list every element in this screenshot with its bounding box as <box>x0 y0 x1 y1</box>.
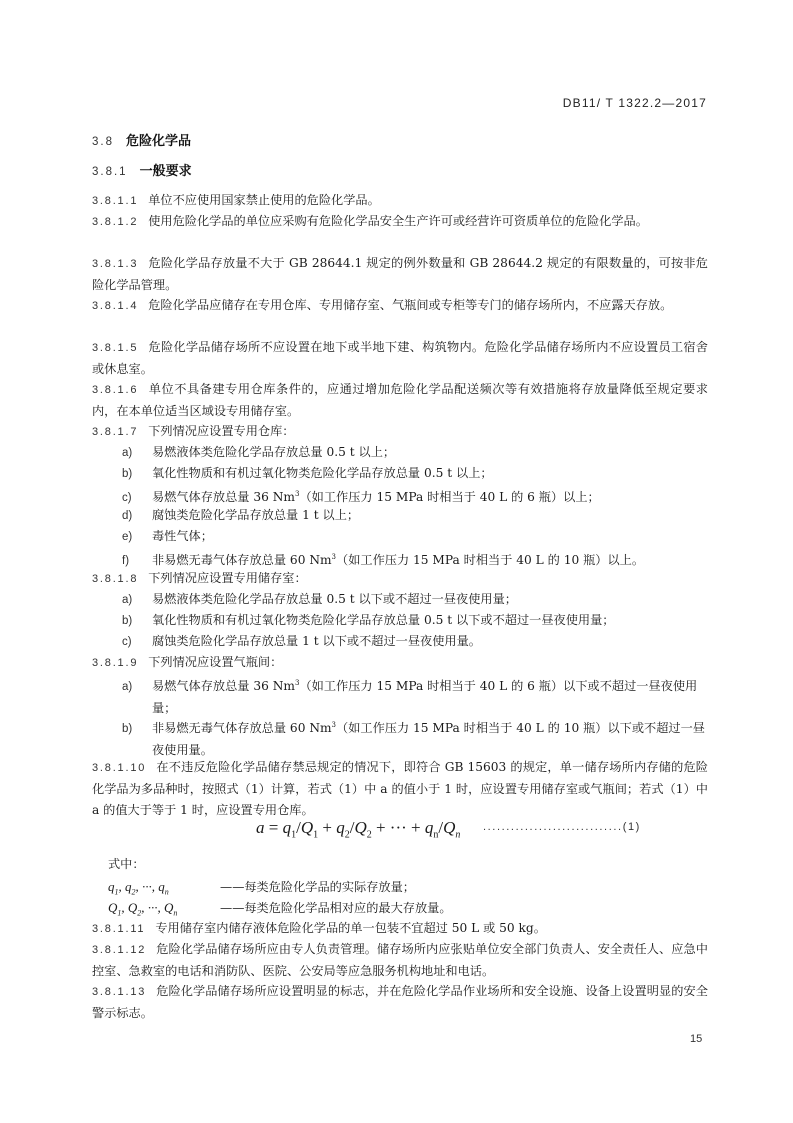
formula-1: a = q1/Q1 + q2/Q2 + ··· + qn/Qn ........… <box>256 818 708 840</box>
item-label: c) <box>122 632 152 653</box>
subsection-heading: 3.8.1一般要求 <box>92 160 192 179</box>
list-item: b)氧化性物质和有机过氧化物类危险化学品存放总量 0.5 t 以下或不超过一昼夜… <box>122 610 708 632</box>
item-label: d) <box>122 506 152 527</box>
item-text: 非易燃无毒气体存放总量 60 Nm <box>152 553 332 567</box>
clause-text: 专用储存室内储存液体危险化学品的单一包装不宜超过 50 L 或 50 kg。 <box>155 921 546 935</box>
item-text: 毒性气体； <box>152 529 213 543</box>
clause-3-8-1-2: 3.8.1.2使用危险化学品的单位应采购有危险化学品安全生产许可或经营许可资质单… <box>92 211 708 233</box>
section-number: 3.8 <box>92 136 114 148</box>
definition-text: ——每类危险化学品相对应的最大存放量。 <box>220 901 452 915</box>
clause-number: 3.8.1.5 <box>92 342 138 354</box>
subsection-number: 3.8.1 <box>92 166 128 178</box>
list-item: b)非易燃无毒气体存放总量 60 Nm3（如工作压力 15 MPa 时相当于 4… <box>122 715 708 761</box>
item-text: 易燃液体类危险化学品存放总量 0.5 t 以上； <box>152 445 395 459</box>
item-text: 腐蚀类危险化学品存放总量 1 t 以上； <box>152 508 359 522</box>
clause-text: 危险化学品储存场所不应设置在地下或半地下建、构筑物内。危险化学品储存场所内不应设… <box>92 340 708 376</box>
equation-number: (1) <box>623 821 641 833</box>
clause-3-8-1-4: 3.8.1.4危险化学品应储存在专用仓库、专用储存室、气瓶间或专柜等专门的储存场… <box>92 295 708 317</box>
item-label: b) <box>122 464 152 485</box>
item-label: a) <box>122 590 152 611</box>
item-text: （如工作压力 15 MPa 时相当于 40 L 的 10 瓶）以上。 <box>336 553 644 567</box>
clause-number: 3.8.1.7 <box>92 426 138 438</box>
clause-text: 下列情况应设置专用仓库： <box>148 424 294 438</box>
clause-3-8-1-8: 3.8.1.8下列情况应设置专用储存室： <box>92 568 708 590</box>
clause-number: 3.8.1.1 <box>92 195 138 207</box>
definition-text: ——每类危险化学品的实际存放量； <box>220 880 415 894</box>
item-text: （如工作压力 15 MPa 时相当于 40 L 的 6 瓶）以上； <box>299 490 599 504</box>
clause-number: 3.8.1.10 <box>92 762 146 774</box>
clause-3-8-1-9: 3.8.1.9下列情况应设置气瓶间： <box>92 652 708 674</box>
clause-text: 危险化学品储存场所应设置明显的标志，并在危险化学品作业场所和安全设施、设备上设置… <box>92 984 708 1020</box>
item-label: a) <box>122 443 152 464</box>
clause-3-8-1-7: 3.8.1.7下列情况应设置专用仓库： <box>92 421 708 443</box>
clause-number: 3.8.1.3 <box>92 258 138 270</box>
list-item: a)易燃气体存放总量 36 Nm3（如工作压力 15 MPa 时相当于 40 L… <box>122 673 708 719</box>
clause-text: 危险化学品存放量不大于 GB 28644.1 规定的例外数量和 GB 28644… <box>92 256 708 292</box>
clause-3-8-1-10: 3.8.1.10在不违反危险化学品储存禁忌规定的情况下，即符合 GB 15603… <box>92 757 708 821</box>
clause-3-8-1-12: 3.8.1.12危险化学品储存场所应由专人负责管理。储存场所内应张贴单位安全部门… <box>92 939 708 982</box>
item-text: 氧化性物质和有机过氧化物类危险化学品存放总量 0.5 t 以下或不超过一昼夜使用… <box>152 613 614 627</box>
clause-number: 3.8.1.12 <box>92 944 146 956</box>
clause-3-8-1-5: 3.8.1.5危险化学品储存场所不应设置在地下或半地下建、构筑物内。危险化学品储… <box>92 337 708 380</box>
list-item: a)易燃液体类危险化学品存放总量 0.5 t 以上； <box>122 442 708 464</box>
clause-number: 3.8.1.9 <box>92 657 138 669</box>
item-text: 易燃气体存放总量 36 Nm <box>152 679 295 693</box>
item-text: 易燃液体类危险化学品存放总量 0.5 t 以下或不超过一昼夜使用量； <box>152 592 517 606</box>
section-heading: 3.8危险化学品 <box>92 130 191 149</box>
clause-text: 使用危险化学品的单位应采购有危险化学品安全生产许可或经营许可资质单位的危险化学品… <box>148 214 648 228</box>
where-label: 式中： <box>108 854 145 875</box>
clause-3-8-1-11: 3.8.1.11专用储存室内储存液体危险化学品的单一包装不宜超过 50 L 或 … <box>92 918 708 940</box>
clause-text: 单位不应使用国家禁止使用的危险化学品。 <box>148 193 380 207</box>
clause-number: 3.8.1.4 <box>92 300 138 312</box>
clause-text: 危险化学品储存场所应由专人负责管理。储存场所内应张贴单位安全部门负责人、安全责任… <box>92 942 708 978</box>
formula-leader: ..............................(1) <box>483 821 641 833</box>
item-label: e) <box>122 527 152 548</box>
clause-text: 危险化学品应储存在专用仓库、专用储存室、气瓶间或专柜等专门的储存场所内，不应露天… <box>148 298 672 312</box>
clause-number: 3.8.1.2 <box>92 216 138 228</box>
clause-3-8-1-13: 3.8.1.13危险化学品储存场所应设置明显的标志，并在危险化学品作业场所和安全… <box>92 981 708 1024</box>
list-item: d)腐蚀类危险化学品存放总量 1 t 以上； <box>122 505 708 527</box>
item-text: 腐蚀类危险化学品存放总量 1 t 以下或不超过一昼夜使用量。 <box>152 634 481 648</box>
clause-text: 单位不具备建专用仓库条件的，应通过增加危险化学品配送频次等有效措施将存放量降低至… <box>92 382 708 418</box>
standard-code-header: DB11/ T 1322.2—2017 <box>563 96 707 110</box>
clause-number: 3.8.1.11 <box>92 923 145 935</box>
item-label: b) <box>122 611 152 632</box>
clause-3-8-1-3: 3.8.1.3危险化学品存放量不大于 GB 28644.1 规定的例外数量和 G… <box>92 253 708 296</box>
list-item: e)毒性气体； <box>122 526 708 548</box>
page-number: 15 <box>690 1033 702 1045</box>
clause-text: 在不违反危险化学品储存禁忌规定的情况下，即符合 GB 15603 的规定，单一储… <box>92 760 708 817</box>
list-item: a)易燃液体类危险化学品存放总量 0.5 t 以下或不超过一昼夜使用量； <box>122 589 708 611</box>
item-text: 非易燃无毒气体存放总量 60 Nm <box>152 721 332 735</box>
clause-number: 3.8.1.8 <box>92 573 138 585</box>
clause-number: 3.8.1.6 <box>92 384 138 396</box>
clause-number: 3.8.1.13 <box>92 986 146 998</box>
formula-expression: a = q1/Q1 + q2/Q2 + ··· + qn/Qn <box>256 818 460 837</box>
clause-text: 下列情况应设置气瓶间： <box>148 655 282 669</box>
item-label: a) <box>122 677 152 698</box>
list-item: c)腐蚀类危险化学品存放总量 1 t 以下或不超过一昼夜使用量。 <box>122 631 708 653</box>
clause-3-8-1-1: 3.8.1.1单位不应使用国家禁止使用的危险化学品。 <box>92 190 708 212</box>
subsection-title: 一般要求 <box>140 164 192 179</box>
leader-dots: .............................. <box>483 821 623 833</box>
item-label: b) <box>122 719 152 740</box>
section-title: 危险化学品 <box>126 134 191 149</box>
list-item: b)氧化性物质和有机过氧化物类危险化学品存放总量 0.5 t 以上； <box>122 463 708 485</box>
item-text: 易燃气体存放总量 36 Nm <box>152 490 295 504</box>
item-text: 氧化性物质和有机过氧化物类危险化学品存放总量 0.5 t 以上； <box>152 466 493 480</box>
clause-text: 下列情况应设置专用储存室： <box>148 571 306 585</box>
clause-3-8-1-6: 3.8.1.6单位不具备建专用仓库条件的，应通过增加危险化学品配送频次等有效措施… <box>92 379 708 422</box>
